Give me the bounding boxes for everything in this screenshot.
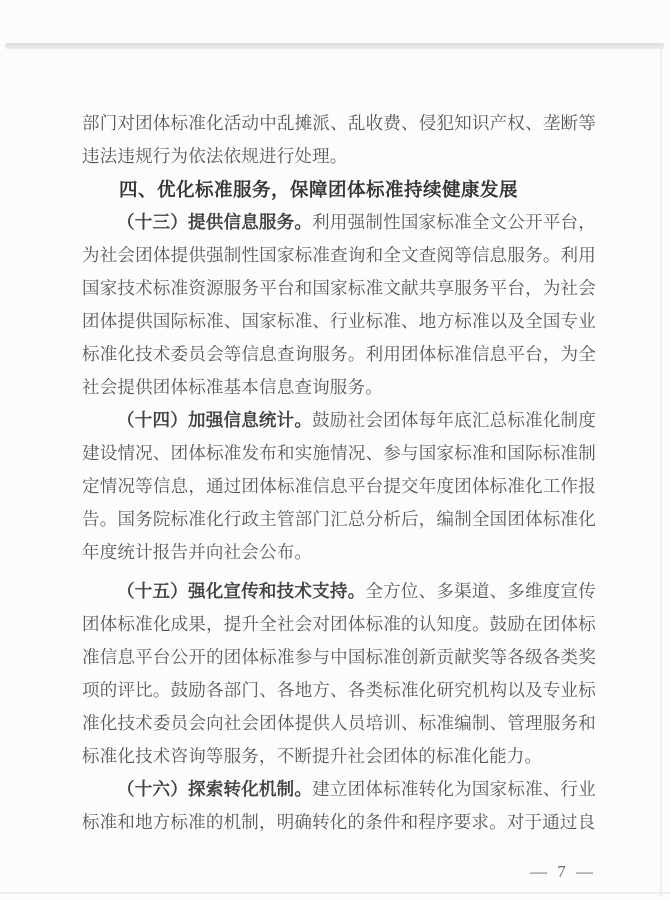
scan-edge-right <box>660 46 662 896</box>
paragraph-item-14: （十四）加强信息统计。鼓励社会团体每年底汇总标准化制度建设情况、团体标准发布和实… <box>82 404 596 569</box>
scan-edge-bottom <box>0 892 670 894</box>
paragraph-text-15: 全方位、多渠道、多维度宣传团体标准化成果，提升全社会对团体标准的认知度。鼓励在团… <box>82 581 596 766</box>
scanned-document-page: 部门对团体标准化活动中乱摊派、乱收费、侵犯知识产权、垄断等违法违规行为依法依规进… <box>0 0 670 900</box>
section-heading: 四、优化标准服务，保障团体标准持续健康发展 <box>82 173 596 206</box>
paragraph-item-15: （十五）强化宣传和技术支持。全方位、多渠道、多维度宣传团体标准化成果，提升全社会… <box>82 575 596 773</box>
paragraph-text-14: 鼓励社会团体每年底汇总标准化制度建设情况、团体标准发布和实施情况、参与国家标准和… <box>82 410 596 562</box>
scan-edge-top <box>5 43 664 49</box>
paragraph-item-13: （十三）提供信息服务。利用强制性国家标准全文公开平台，为社会团体提供强制性国家标… <box>82 206 596 404</box>
document-content: 部门对团体标准化活动中乱摊派、乱收费、侵犯知识产权、垄断等违法违规行为依法依规进… <box>82 107 596 839</box>
paragraph-lead-16: （十六）探索转化机制。 <box>117 779 312 799</box>
paragraph-lead-15: （十五）强化宣传和技术支持。 <box>117 581 365 601</box>
paragraph-item-16: （十六）探索转化机制。建立团体标准转化为国家标准、行业标准和地方标准的机制，明确… <box>82 773 596 839</box>
page-number: — 7 — <box>82 860 596 884</box>
paragraph-continuation: 部门对团体标准化活动中乱摊派、乱收费、侵犯知识产权、垄断等违法违规行为依法依规进… <box>82 107 596 173</box>
paragraph-lead-13: （十三）提供信息服务。 <box>117 212 312 232</box>
paragraph-lead-14: （十四）加强信息统计。 <box>117 410 312 430</box>
paragraph-text-13: 利用强制性国家标准全文公开平台，为社会团体提供强制性国家标准查询和全文查阅等信息… <box>82 212 596 397</box>
